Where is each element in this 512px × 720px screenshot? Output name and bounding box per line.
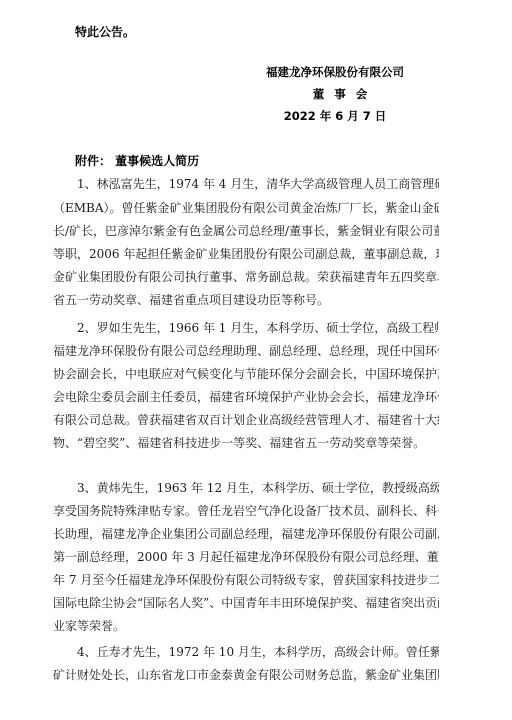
- closing-notice: 特此公告。: [75, 23, 135, 40]
- text-line: 协会副会长，中电联应对气候变化与节能环保分会副会长，中国环境保护产业协: [53, 364, 439, 384]
- text-line: 国际电除尘协会“国际名人奖”、中国青年丰田环境保护奖、福建省突出贡献企: [53, 593, 439, 613]
- signature-date: 2022 年 6 月 7 日: [250, 108, 420, 124]
- text-line: 等职，2006 年起担任紫金矿业集团股份有限公司副总裁，董事副总裁，现任紫: [53, 244, 439, 264]
- attachment-title: 附件： 董事候选人简历: [75, 152, 199, 169]
- text-line: 1、林泓富先生，1974 年 4 月生，清华大学高级管理人员工商管理硕士: [53, 174, 439, 194]
- text-line: 金矿业集团股份有限公司执行董事、常务副总裁。荣获福建青年五四奖章、福建: [53, 267, 439, 287]
- text-line: 4、丘寿才先生，1972 年 10 月生，本科学历，高级会计师。曾任紫金山金: [53, 642, 439, 662]
- text-line: 2、罗如生先生，1966 年 1 月生，本科学历、硕士学位，高级工程师。曾任: [53, 318, 439, 338]
- text-line: 矿计财处处长，山东省龙口市金泰黄金有限公司财务总监，紫金矿业集团股份有: [53, 665, 439, 685]
- text-line: 长/矿长，巴彦淖尔紫金有色金属公司总经理/董事长，紫金铜业有限公司董事长: [53, 221, 439, 241]
- text-line: 第一副总经理，2000 年 3 月起任福建龙净环保股份有限公司总经理、董事，20…: [53, 547, 439, 567]
- text-line: 长助理，福建龙净企业集团公司副总经理，福建龙净环保股份有限公司副总经理、: [53, 524, 439, 544]
- text-line: 会电除尘委员会副主任委员，福建省环境保护产业协会会长，福建龙净环保股份: [53, 387, 439, 407]
- text-line: 有限公司总裁。曾获福建省双百计划企业高级经营管理人才、福建省十大绿色人: [53, 410, 439, 430]
- text-line: 业家等荣誉。: [53, 616, 439, 636]
- document-page: 特此公告。 福建龙净环保股份有限公司 董事会 2022 年 6 月 7 日 附件…: [0, 0, 512, 720]
- text-line: 年 7 月至今任福建龙净环保股份有限公司特级专家，曾获国家科技进步二等奖、: [53, 570, 439, 590]
- text-line: 享受国务院特殊津贴专家。曾任龙岩空气净化设备厂技术员、副科长、科长、厂: [53, 501, 439, 521]
- text-line: （EMBA）。曾任紫金矿业集团股份有限公司黄金冶炼厂厂长，紫金山金矿副矿: [53, 198, 439, 218]
- text-line: 福建龙净环保股份有限公司总经理助理、副总经理、总经理，现任中国环保装备: [53, 341, 439, 361]
- text-line: 3、黄炜先生，1963 年 12 月生，本科学历、硕士学位，教授级高级工程师，: [53, 478, 439, 498]
- text-line: 物、“碧空奖”、福建省科技进步一等奖、福建省五一劳动奖章等荣誉。: [53, 433, 439, 453]
- signature-company: 福建龙净环保股份有限公司: [250, 64, 420, 80]
- text-line: 省五一劳动奖章、福建省重点项目建设功臣等称号。: [53, 290, 439, 310]
- signature-board: 董事会: [250, 86, 430, 102]
